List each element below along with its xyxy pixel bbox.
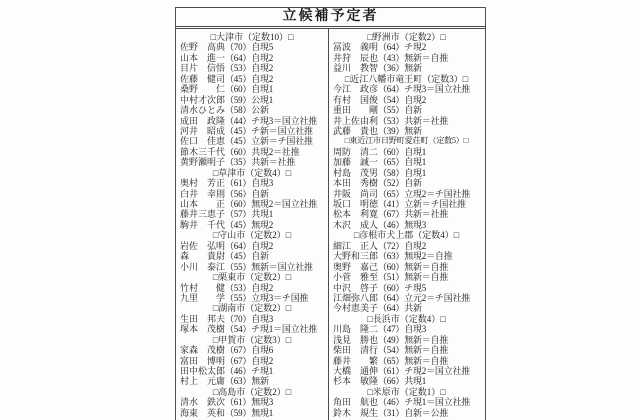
district-header: □野洲市（定数2）□ bbox=[329, 32, 484, 42]
district-header: □高島市（定数2）□ bbox=[176, 387, 328, 397]
candidate-name: 清水鉄次 bbox=[180, 397, 225, 407]
candidate-name: 成田政隆 bbox=[180, 116, 225, 126]
candidate-name: 冨波義明 bbox=[333, 42, 378, 52]
candidate-age-status: （46）チ現1 bbox=[225, 366, 273, 376]
candidate-row: 川島隆二（47）自現3 bbox=[329, 324, 484, 334]
candidate-name: 黄野瀬明子 bbox=[180, 157, 225, 167]
candidate-name: 藤井三恵子 bbox=[180, 209, 225, 219]
candidate-row: 藤井繁（65）無新＝自推 bbox=[329, 356, 484, 366]
candidate-row: 木沢成人（46）無現3 bbox=[329, 220, 484, 230]
candidate-row: 井狩辰也（43）無新＝自推 bbox=[329, 53, 484, 63]
candidate-age-status: （61）チ現2＝国立社推 bbox=[378, 366, 470, 376]
candidate-row: 塚本茂樹（54）チ現1＝国立社推 bbox=[176, 324, 328, 334]
district-header: □彦根市犬上郡（定数4）□ bbox=[329, 230, 484, 240]
candidate-age-status: （60）無現2＝国立社推 bbox=[225, 199, 317, 209]
candidate-age-status: （66）共現1 bbox=[378, 376, 426, 386]
candidate-name: 節木三千代 bbox=[180, 147, 225, 157]
candidate-age-status: （45）無現2 bbox=[225, 220, 273, 230]
candidate-name: 木沢成人 bbox=[333, 220, 378, 230]
candidate-age-status: （64）自現2 bbox=[225, 53, 273, 63]
candidate-name: 鈴木規生 bbox=[333, 408, 378, 418]
candidate-age-status: （67）共新＝社推 bbox=[378, 209, 448, 219]
candidate-name: 白井幸則 bbox=[180, 189, 225, 199]
candidate-row: 奥村芳正（61）自現3 bbox=[176, 178, 328, 188]
candidate-name: 加藤誠一 bbox=[333, 157, 378, 167]
candidate-row: 佐口佳恵（45）立新＝チ国社推 bbox=[176, 136, 328, 146]
candidate-age-status: （64）チ現2 bbox=[378, 42, 426, 52]
candidate-name: 角田航也 bbox=[333, 397, 378, 407]
candidate-row: 海東英和（59）無現1 bbox=[176, 408, 328, 418]
candidate-row: 小川泰江（55）無新＝国立社推 bbox=[176, 262, 328, 272]
candidate-row: 本田秀樹（52）自新 bbox=[329, 178, 484, 188]
candidate-name: 清水ひとみ bbox=[180, 105, 225, 115]
table-title-bar: 立候補予定者 bbox=[176, 8, 485, 27]
candidate-age-status: （53）自現2 bbox=[225, 63, 273, 73]
candidate-row: 佐藤健司（45）自現2 bbox=[176, 74, 328, 84]
candidate-name: 益川教智 bbox=[333, 63, 378, 73]
candidate-row: 佐野高典（70）自現5 bbox=[176, 42, 328, 52]
candidate-age-status: （55）無新＝国立社推 bbox=[225, 262, 313, 272]
district-header: □守山市（定数2）□ bbox=[176, 230, 328, 240]
candidate-row: 目片信悟（53）自現2 bbox=[176, 63, 328, 73]
candidate-row: 清水鉄次（61）無現3 bbox=[176, 397, 328, 407]
candidate-name: 塚本茂樹 bbox=[180, 324, 225, 334]
candidate-row: 中村才次郎（59）公現1 bbox=[176, 95, 328, 105]
district-header: □湖南市（定数2）□ bbox=[176, 303, 328, 313]
candidate-row: 益川教智（36）無新 bbox=[329, 63, 484, 73]
candidate-age-status: （45）立新＝チ国社推 bbox=[225, 136, 313, 146]
candidate-age-status: （56）自新 bbox=[225, 189, 269, 199]
candidate-row: 山本正（60）無現2＝国立社推 bbox=[176, 199, 328, 209]
candidate-name: 中沢啓子 bbox=[333, 283, 378, 293]
candidate-row: 富田博明（67）自現2 bbox=[176, 356, 328, 366]
candidate-row: 井上佐由利（53）共新＝社推 bbox=[329, 116, 484, 126]
candidate-name: 大橋通伸 bbox=[333, 366, 378, 376]
candidate-age-status: （58）公新 bbox=[225, 105, 269, 115]
candidate-name: 森貴尉 bbox=[180, 251, 225, 261]
candidate-name: 竹村健 bbox=[180, 283, 225, 293]
candidate-name: 奥野嘉己 bbox=[333, 262, 378, 272]
candidate-row: 浅見勝也（49）無新＝自推 bbox=[329, 335, 484, 345]
candidate-age-status: （60）チ現5 bbox=[378, 283, 426, 293]
candidate-row: 生田邦夫（70）自現3 bbox=[176, 314, 328, 324]
candidate-age-status: （43）無新＝自推 bbox=[378, 53, 448, 63]
candidate-row: 井阪尚司（65）立現2＝チ国社推 bbox=[329, 189, 484, 199]
candidate-name: 井上佐由利 bbox=[333, 116, 378, 126]
candidate-age-status: （53）共新＝社推 bbox=[378, 116, 448, 126]
candidate-row: 大橋通伸（61）チ現2＝国立社推 bbox=[329, 366, 484, 376]
candidate-age-status: （72）自現2 bbox=[378, 241, 426, 251]
candidate-name: 小川泰江 bbox=[180, 262, 225, 272]
candidate-name: 井狩辰也 bbox=[333, 53, 378, 63]
candidate-age-status: （55）立現3＝チ国推 bbox=[225, 293, 308, 303]
district-header: □大津市（定数10）□ bbox=[176, 32, 328, 42]
candidate-age-status: （64）チ現3＝国立社推 bbox=[378, 84, 470, 94]
candidate-age-status: （67）自現6 bbox=[225, 345, 273, 355]
candidate-row: 河井昭成（45）チ新＝国立社推 bbox=[176, 126, 328, 136]
candidate-row: 中沢啓子（60）チ現5 bbox=[329, 283, 484, 293]
candidate-row: 節木三千代（60）共現2＝社推 bbox=[176, 147, 328, 157]
candidate-row: 角田航也（46）チ現1＝国立社推 bbox=[329, 397, 484, 407]
candidate-age-status: （57）共現1 bbox=[225, 209, 273, 219]
candidate-name: 松本利寛 bbox=[333, 209, 378, 219]
candidate-name: 重田剛 bbox=[333, 105, 378, 115]
candidate-row: 黄野瀬明子（35）共新＝社推 bbox=[176, 157, 328, 167]
candidate-row: 加藤誠一（65）自現1 bbox=[329, 157, 484, 167]
candidate-row: 鈴木規生（31）自新＝公推 bbox=[329, 408, 484, 418]
candidate-age-status: （58）自現1 bbox=[378, 168, 426, 178]
candidate-age-status: （55）自新 bbox=[378, 105, 422, 115]
candidate-age-status: （63）無新 bbox=[225, 376, 269, 386]
district-header: □東近江市日野町愛荘町（定数5）□ bbox=[329, 136, 484, 146]
candidate-name: 富田博明 bbox=[180, 356, 225, 366]
candidate-row: 坂口明徳（41）立新＝チ国社推 bbox=[329, 199, 484, 209]
candidate-row: 田中松太郎（46）チ現1 bbox=[176, 366, 328, 376]
candidate-row: 竹村健（53）自現2 bbox=[176, 283, 328, 293]
candidate-age-status: （70）自現3 bbox=[225, 314, 273, 324]
candidate-age-status: （60）自現1 bbox=[225, 84, 273, 94]
candidate-name: 杉本敏隆 bbox=[333, 376, 378, 386]
candidate-age-status: （53）自現2 bbox=[225, 283, 273, 293]
candidate-row: 藤井三恵子（57）共現1 bbox=[176, 209, 328, 219]
candidate-name: 今村恵美子 bbox=[333, 303, 378, 313]
candidate-age-status: （46）チ現1＝国立社推 bbox=[378, 397, 470, 407]
district-header: □栗東市（定数2）□ bbox=[176, 272, 328, 282]
candidate-age-status: （51）無新＝自推 bbox=[378, 272, 448, 282]
candidate-age-status: （64）自現2 bbox=[225, 241, 273, 251]
candidate-age-status: （60）自現1 bbox=[378, 147, 426, 157]
district-header: □草津市（定数4）□ bbox=[176, 168, 328, 178]
candidate-name: 山本正 bbox=[180, 199, 225, 209]
candidate-row: 大野和三郎（63）無現2＝自推 bbox=[329, 251, 484, 261]
candidate-age-status: （54）チ現1＝国立社推 bbox=[225, 324, 317, 334]
candidate-name: 大野和三郎 bbox=[333, 251, 378, 261]
candidate-name: 田中松太郎 bbox=[180, 366, 225, 376]
candidate-row: 重田剛（55）自新 bbox=[329, 105, 484, 115]
candidate-age-status: （39）無新 bbox=[378, 126, 422, 136]
candidate-name: 柴田清行 bbox=[333, 345, 378, 355]
page-title: 立候補予定者 bbox=[283, 9, 379, 24]
candidate-name: 家森茂樹 bbox=[180, 345, 225, 355]
candidate-row: 周防清二（60）自現1 bbox=[329, 147, 484, 157]
candidate-name: 井阪尚司 bbox=[333, 189, 378, 199]
candidate-age-status: （59）無現1 bbox=[225, 408, 273, 418]
candidate-name: 本田秀樹 bbox=[333, 178, 378, 188]
candidate-row: 岩佐弘明（64）自現2 bbox=[176, 241, 328, 251]
candidate-name: 浅見勝也 bbox=[333, 335, 378, 345]
candidate-row: 駒井千代（45）無現2 bbox=[176, 220, 328, 230]
candidate-name: 武藤貴也 bbox=[333, 126, 378, 136]
candidate-name: 奥村芳正 bbox=[180, 178, 225, 188]
column-left: □大津市（定数10）□佐野高典（70）自現5山本進一（64）自現2目片信悟（53… bbox=[176, 29, 328, 420]
candidate-row: 有村国俊（54）自現2 bbox=[329, 95, 484, 105]
candidate-name: 村島茂男 bbox=[333, 168, 378, 178]
district-header: □甲賀市（定数3）□ bbox=[176, 335, 328, 345]
candidate-row: 今村恵美子（64）共新 bbox=[329, 303, 484, 313]
candidate-age-status: （63）無現2＝自推 bbox=[378, 251, 453, 261]
candidate-row: 武藤貴也（39）無新 bbox=[329, 126, 484, 136]
candidate-row: 今江政彦（64）チ現3＝国立社推 bbox=[329, 84, 484, 94]
candidate-name: 佐野高典 bbox=[180, 42, 225, 52]
candidate-row: 柴田清行（54）無新＝自推 bbox=[329, 345, 484, 355]
candidate-row: 九里学（55）立現3＝チ国推 bbox=[176, 293, 328, 303]
district-header: □近江八幡市竜王町（定数3）□ bbox=[329, 74, 484, 84]
candidate-name: 周防清二 bbox=[333, 147, 378, 157]
candidate-age-status: （64）共新 bbox=[378, 303, 422, 313]
candidate-row: 松本利寛（67）共新＝社推 bbox=[329, 209, 484, 219]
candidate-age-status: （59）公現1 bbox=[225, 95, 273, 105]
candidate-age-status: （36）無新 bbox=[378, 63, 422, 73]
candidate-row: 清水ひとみ（58）公新 bbox=[176, 105, 328, 115]
district-header: □長浜市（定数4）□ bbox=[329, 314, 484, 324]
candidate-row: 山本進一（64）自現2 bbox=[176, 53, 328, 63]
candidate-age-status: （49）無新＝自推 bbox=[378, 335, 448, 345]
candidate-table: 立候補予定者 □大津市（定数10）□佐野高典（70）自現5山本進一（64）自現2… bbox=[175, 7, 486, 420]
candidate-age-status: （52）自新 bbox=[378, 178, 422, 188]
candidate-age-status: （45）自現2 bbox=[225, 74, 273, 84]
candidate-row: 村上元庸（63）無新 bbox=[176, 376, 328, 386]
candidate-row: 成田政隆（44）チ現3＝国立社推 bbox=[176, 116, 328, 126]
candidate-row: 細江正人（72）自現2 bbox=[329, 241, 484, 251]
candidate-name: 山本進一 bbox=[180, 53, 225, 63]
candidate-age-status: （61）自現3 bbox=[225, 178, 273, 188]
candidate-row: 江畑弥八郎（64）立元2＝チ国社推 bbox=[329, 293, 484, 303]
candidate-row: 白井幸則（56）自新 bbox=[176, 189, 328, 199]
candidate-age-status: （35）共新＝社推 bbox=[225, 157, 295, 167]
candidate-row: 森貴尉（45）自新 bbox=[176, 251, 328, 261]
candidate-name: 九里学 bbox=[180, 293, 225, 303]
candidate-age-status: （54）無新＝自推 bbox=[378, 345, 448, 355]
candidate-name: 佐藤健司 bbox=[180, 74, 225, 84]
candidate-row: 小菅雅至（51）無新＝自推 bbox=[329, 272, 484, 282]
candidate-age-status: （31）自新＝公推 bbox=[378, 408, 448, 418]
candidate-name: 坂口明徳 bbox=[333, 199, 378, 209]
candidate-name: 村上元庸 bbox=[180, 376, 225, 386]
candidate-age-status: （65）無新＝自推 bbox=[378, 356, 448, 366]
candidate-name: 駒井千代 bbox=[180, 220, 225, 230]
candidate-name: 細江正人 bbox=[333, 241, 378, 251]
candidate-name: 有村国俊 bbox=[333, 95, 378, 105]
candidate-name: 目片信悟 bbox=[180, 63, 225, 73]
candidate-name: 河井昭成 bbox=[180, 126, 225, 136]
candidate-name: 桑野仁 bbox=[180, 84, 225, 94]
candidate-age-status: （61）無現3 bbox=[225, 397, 273, 407]
candidate-row: 杉本敏隆（66）共現1 bbox=[329, 376, 484, 386]
candidate-age-status: （70）自現5 bbox=[225, 42, 273, 52]
candidate-name: 佐口佳恵 bbox=[180, 136, 225, 146]
candidate-name: 岩佐弘明 bbox=[180, 241, 225, 251]
candidate-age-status: （47）自現3 bbox=[378, 324, 426, 334]
candidate-row: 家森茂樹（67）自現6 bbox=[176, 345, 328, 355]
candidate-name: 江畑弥八郎 bbox=[333, 293, 378, 303]
candidate-row: 冨波義明（64）チ現2 bbox=[329, 42, 484, 52]
column-right: □野洲市（定数2）□冨波義明（64）チ現2井狩辰也（43）無新＝自推益川教智（3… bbox=[328, 29, 484, 420]
candidate-age-status: （41）立新＝チ国社推 bbox=[378, 199, 466, 209]
candidate-age-status: （67）自現2 bbox=[225, 356, 273, 366]
candidate-age-status: （46）無現3 bbox=[378, 220, 426, 230]
candidate-age-status: （45）自新 bbox=[225, 251, 269, 261]
table-body: □大津市（定数10）□佐野高典（70）自現5山本進一（64）自現2目片信悟（53… bbox=[176, 28, 485, 420]
candidate-name: 海東英和 bbox=[180, 408, 225, 418]
candidate-age-status: （54）自現2 bbox=[378, 95, 426, 105]
candidate-row: 村島茂男（58）自現1 bbox=[329, 168, 484, 178]
candidate-name: 中村才次郎 bbox=[180, 95, 225, 105]
candidate-name: 小菅雅至 bbox=[333, 272, 378, 282]
candidate-row: 奥野嘉己（60）無新＝自推 bbox=[329, 262, 484, 272]
candidate-name: 今江政彦 bbox=[333, 84, 378, 94]
candidate-age-status: （65）自現1 bbox=[378, 157, 426, 167]
candidate-name: 藤井繁 bbox=[333, 356, 378, 366]
candidate-age-status: （64）立元2＝チ国社推 bbox=[378, 293, 470, 303]
candidate-row: 桑野仁（60）自現1 bbox=[176, 84, 328, 94]
candidate-age-status: （44）チ現3＝国立社推 bbox=[225, 116, 317, 126]
district-header: □米原市（定数1）□ bbox=[329, 387, 484, 397]
candidate-age-status: （60）無新＝自推 bbox=[378, 262, 448, 272]
candidate-age-status: （45）チ新＝国立社推 bbox=[225, 126, 313, 136]
candidate-age-status: （60）共現2＝社推 bbox=[225, 147, 300, 157]
candidate-name: 生田邦夫 bbox=[180, 314, 225, 324]
candidate-age-status: （65）立現2＝チ国社推 bbox=[378, 189, 470, 199]
candidate-name: 川島隆二 bbox=[333, 324, 378, 334]
